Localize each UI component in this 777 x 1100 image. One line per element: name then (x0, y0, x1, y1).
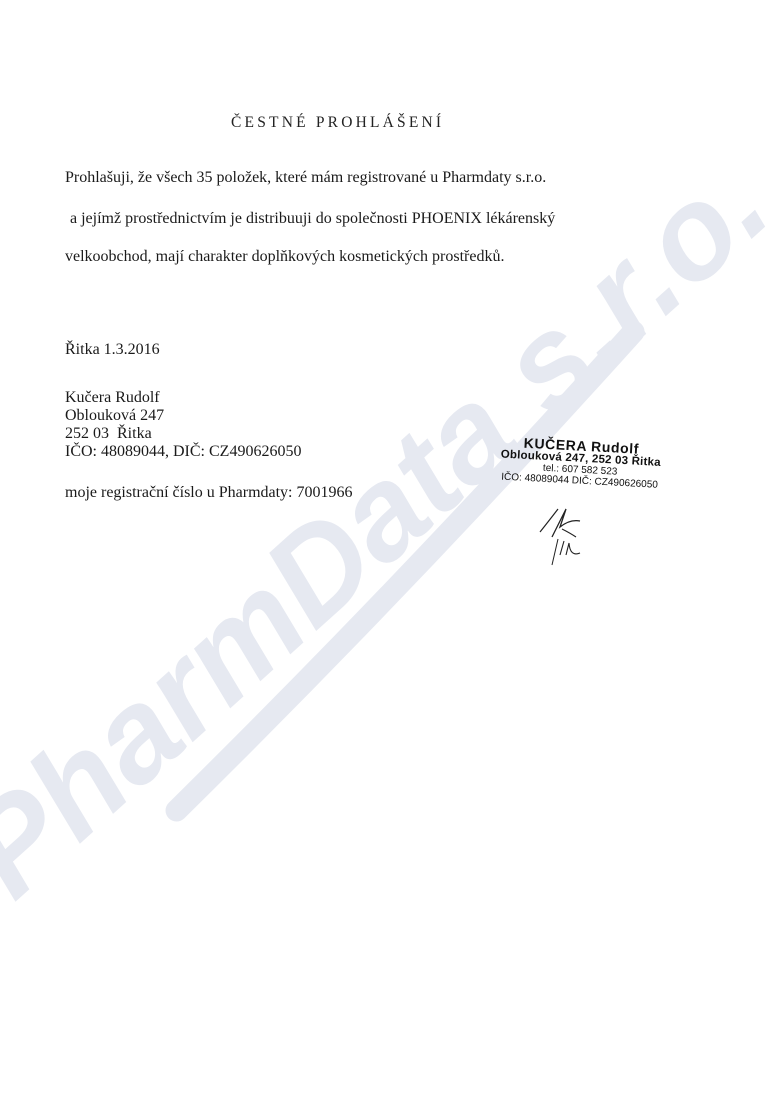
page-title: ČESTNÉ PROHLÁŠENÍ (231, 114, 444, 132)
sender-address: Kučera Rudolf Oblouková 247 252 03 Řitka… (65, 389, 301, 461)
company-stamp: KUČERA Rudolf Oblouková 247, 252 03 Řitk… (469, 432, 691, 492)
place-date: Řitka 1.3.2016 (65, 341, 160, 359)
watermark-pharmdata: PharmData s.r.o. (0, 0, 777, 1100)
sender-street: Oblouková 247 (65, 407, 301, 425)
declaration-line-1: Prohlašuji, že všech 35 položek, které m… (65, 169, 546, 187)
declaration-line-3: velkoobchod, mají charakter doplňkových … (65, 248, 504, 266)
document-page: PharmData s.r.o. ČESTNÉ PROHLÁŠENÍ Prohl… (0, 0, 777, 1100)
sender-ids: IČO: 48089044, DIČ: CZ490626050 (65, 443, 301, 461)
signature-icon (530, 497, 600, 567)
sender-name: Kučera Rudolf (65, 389, 301, 407)
declaration-line-2: a jejímž prostřednictvím je distribuuji … (70, 210, 555, 228)
sender-city: 252 03 Řitka (65, 425, 301, 443)
registration-number: moje registrační číslo u Pharmdaty: 7001… (65, 484, 353, 502)
